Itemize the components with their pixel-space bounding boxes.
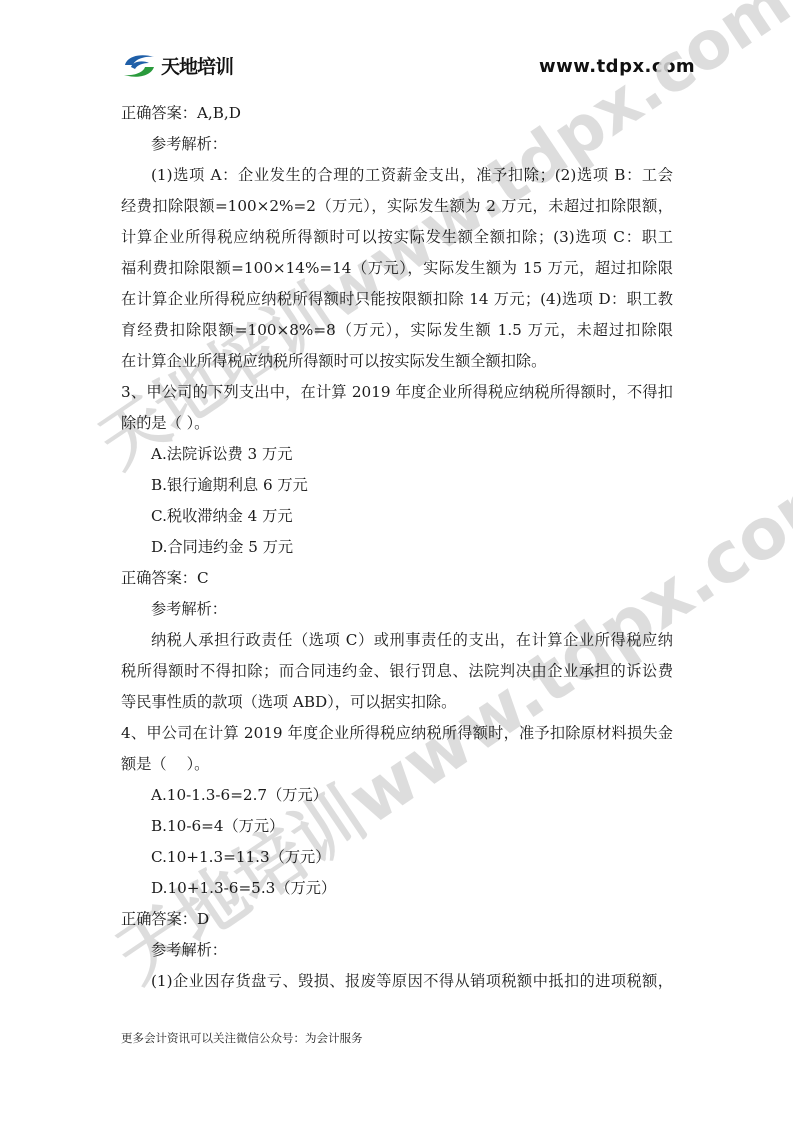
- analysis-line: 纳税人承担行政责任（选项 C）或刑事责任的支出，在计算企业所得税应纳: [121, 625, 673, 656]
- analysis-label: 参考解析：: [121, 935, 673, 966]
- analysis-label: 参考解析：: [121, 129, 673, 160]
- analysis-line: 在计算企业所得税应纳税所得额时只能按限额扣除 14 万元；(4)选项 D：职工教: [121, 284, 673, 315]
- analysis-line: 福利费扣除限额=100×14%=14（万元），实际发生额为 15 万元，超过扣除…: [121, 253, 673, 284]
- brand-logo: 天地培训: [121, 52, 233, 79]
- question-stem-q3: 除的是（ ）。: [121, 408, 673, 439]
- analysis-line: 育经费扣除限额=100×8%=8（万元），实际发生额 1.5 万元，未超过扣除限…: [121, 315, 673, 346]
- answer-q4: 正确答案：D: [121, 904, 673, 935]
- question-stem-q4: 额是（ ）。: [121, 749, 673, 780]
- analysis-line: 经费扣除限额=100×2%=2（万元），实际发生额为 2 万元，未超过扣除限额，…: [121, 191, 673, 222]
- option-b: B.银行逾期利息 6 万元: [121, 470, 673, 501]
- option-c: C.税收滞纳金 4 万元: [121, 501, 673, 532]
- analysis-line: 等民事性质的款项（选项 ABD），可以据实扣除。: [121, 687, 673, 718]
- analysis-line: 税所得额时不得扣除；而合同违约金、银行罚息、法院判决由企业承担的诉讼费: [121, 656, 673, 687]
- option-c: C.10+1.3=11.3（万元）: [121, 842, 673, 873]
- swoosh-logo-icon: [121, 53, 157, 79]
- document-body: 正确答案：A,B,D 参考解析： (1)选项 A：企业发生的合理的工资薪金支出，…: [121, 98, 673, 997]
- answer-q2: 正确答案：A,B,D: [121, 98, 673, 129]
- option-a: A.10-1.3-6=2.7（万元）: [121, 780, 673, 811]
- question-stem-q4: 4、甲公司在计算 2019 年度企业所得税应纳税所得额时，准予扣除原材料损失金: [121, 718, 673, 749]
- analysis-label: 参考解析：: [121, 594, 673, 625]
- option-a: A.法院诉讼费 3 万元: [121, 439, 673, 470]
- site-url[interactable]: www.tdpx.com: [539, 56, 695, 77]
- page-header: 天地培训 www.tdpx.com: [0, 0, 793, 100]
- answer-q3: 正确答案：C: [121, 563, 673, 594]
- option-d: D.合同违约金 5 万元: [121, 532, 673, 563]
- analysis-line: 计算企业所得税应纳税所得额时可以按实际发生额全额扣除；(3)选项 C：职工: [121, 222, 673, 253]
- option-d: D.10+1.3-6=5.3（万元）: [121, 873, 673, 904]
- analysis-line: (1)企业因存货盘亏、毁损、报废等原因不得从销项税额中抵扣的进项税额，: [121, 966, 673, 997]
- logo-text: 天地培训: [161, 52, 233, 79]
- question-stem-q3: 3、甲公司的下列支出中，在计算 2019 年度企业所得税应纳税所得额时，不得扣: [121, 377, 673, 408]
- analysis-line: 在计算企业所得税应纳税所得额时可以按实际发生额全额扣除。: [121, 346, 673, 377]
- option-b: B.10-6=4（万元）: [121, 811, 673, 842]
- page-footer: 更多会计资讯可以关注微信公众号：为会计服务: [121, 1030, 363, 1046]
- analysis-line: (1)选项 A：企业发生的合理的工资薪金支出，准予扣除；(2)选项 B：工会: [121, 160, 673, 191]
